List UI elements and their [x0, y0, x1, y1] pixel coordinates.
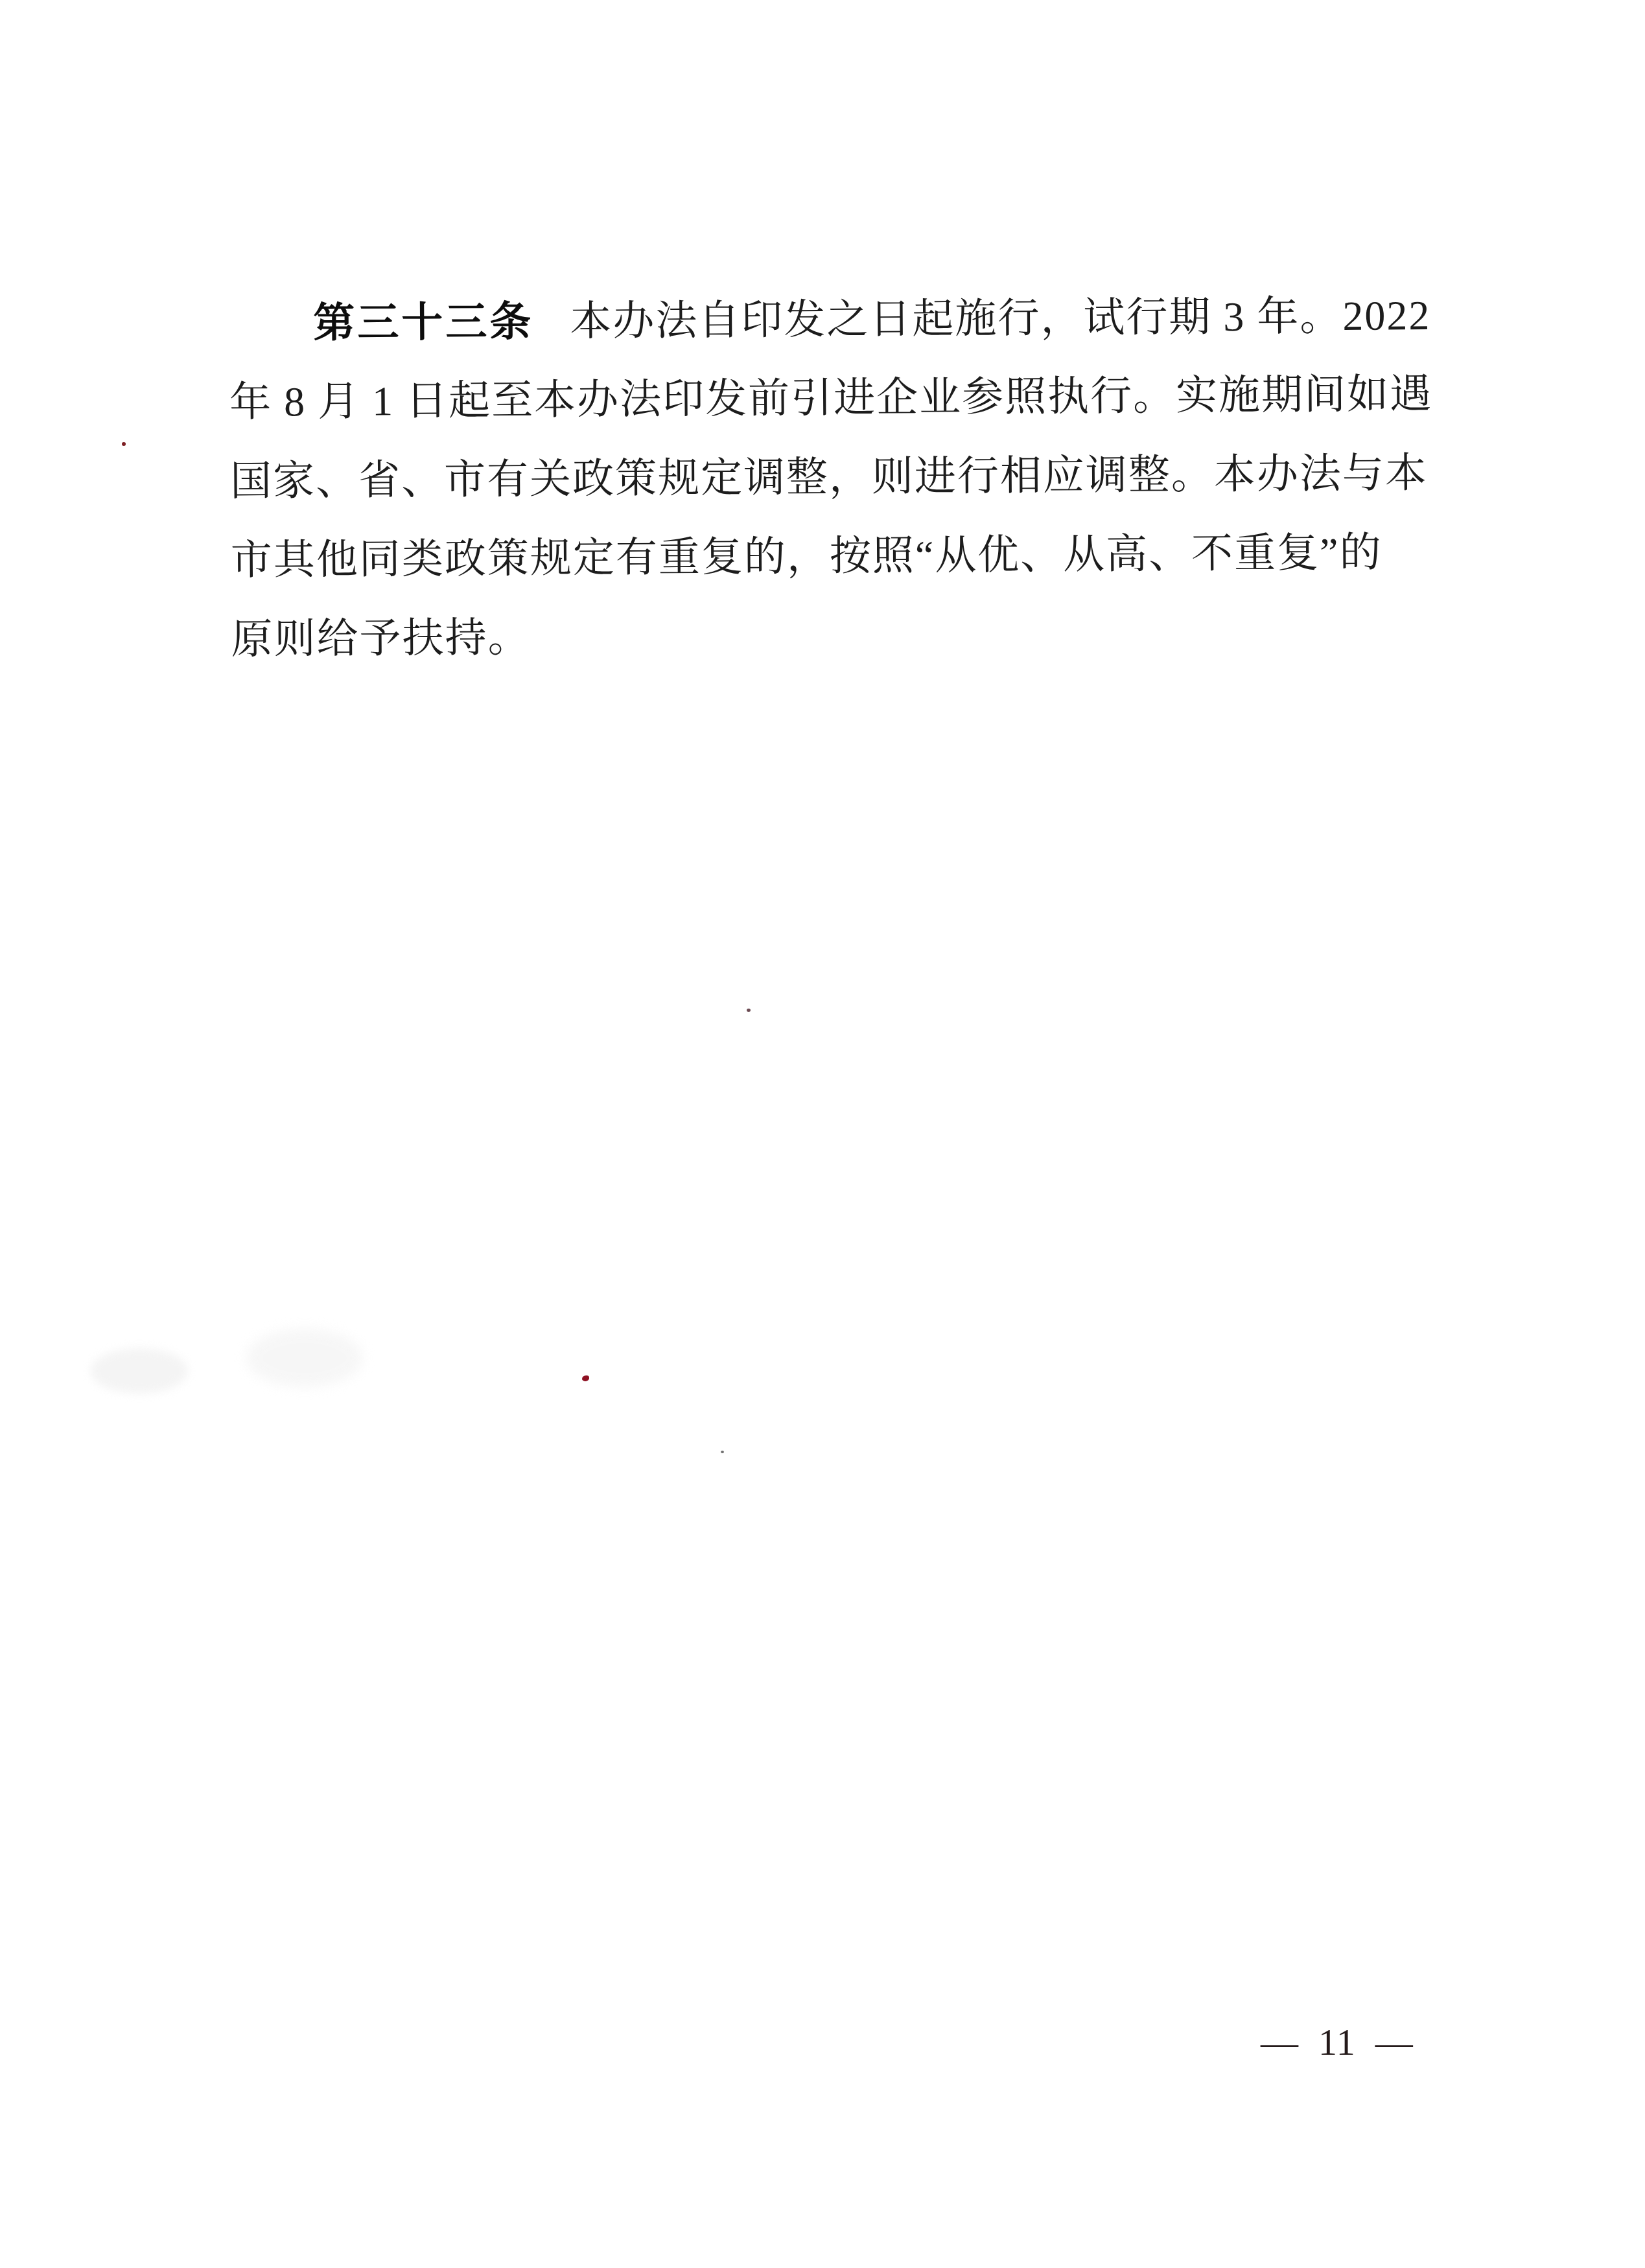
article-paragraph: 第三十三条本办法自印发之日起施行，试行期 3 年。2022 年 8 月 1 日起… — [229, 275, 1427, 679]
faint-smudge — [91, 1348, 188, 1394]
paragraph-line: 国家、省、市有关政策规定调整，则进行相应调整。本办法与本 — [230, 434, 1427, 521]
paragraph-indent — [229, 337, 313, 338]
dark-speck — [721, 1451, 724, 1453]
page-number-dash-left: — — [1261, 2021, 1299, 2064]
dark-speck — [747, 1009, 751, 1012]
page-number-dash-right: — — [1375, 2021, 1414, 2064]
faint-smudge — [246, 1329, 363, 1387]
paragraph-text: 本办法自印发之日起施行，试行期 3 年。2022 — [570, 292, 1430, 344]
paragraph-line: 市其他同类政策规定有重复的，按照“从优、从高、不重复”的 — [230, 513, 1427, 600]
page-number: — 11 — — [1261, 2021, 1414, 2064]
document-page: 第三十三条本办法自印发之日起施行，试行期 3 年。2022 年 8 月 1 日起… — [0, 0, 1645, 2268]
red-ink-speck — [122, 442, 126, 446]
paragraph-line: 原则给予扶持。 — [231, 592, 1427, 679]
page-number-value: 11 — [1318, 2021, 1356, 2064]
paragraph-line: 第三十三条本办法自印发之日起施行，试行期 3 年。2022 — [229, 275, 1425, 363]
paragraph-line: 年 8 月 1 日起至本办法印发前引进企业参照执行。实施期间如遇 — [229, 355, 1426, 442]
red-ink-speck — [582, 1375, 589, 1381]
article-heading: 第三十三条 — [313, 298, 533, 346]
